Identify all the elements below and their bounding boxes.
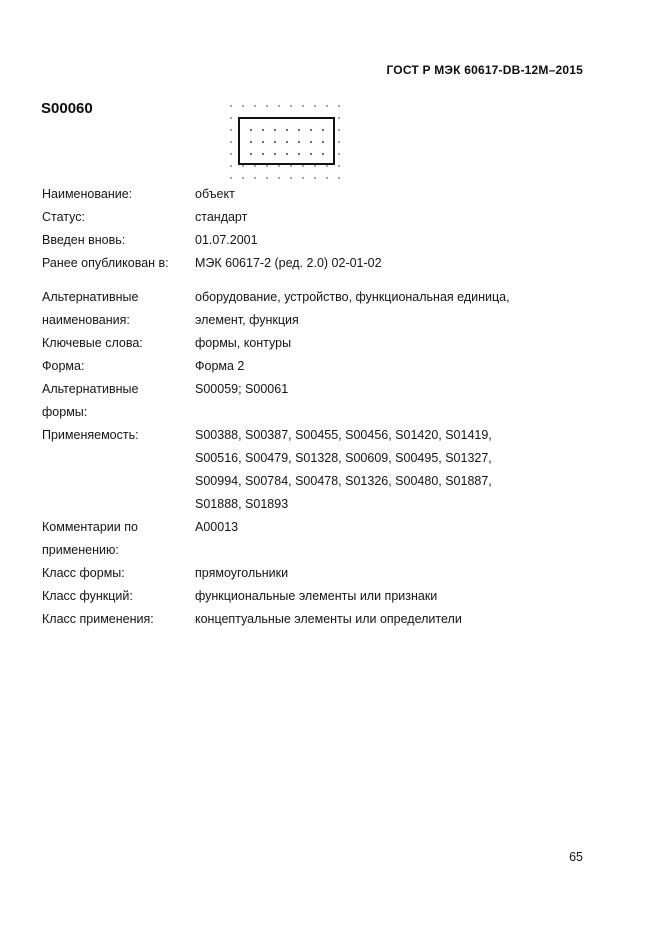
field-row-introduced: Введен вновь: 01.07.2001 [42,229,582,252]
field-row-form: Форма: Форма 2 [42,355,582,378]
field-row-previously-published: Ранее опубликован в: МЭК 60617-2 (ред. 2… [42,252,582,275]
field-label: Форма: [42,355,195,378]
field-row-application-comments: Комментарии по применению: A00013 [42,516,582,562]
page-number: 65 [569,850,583,864]
rectangle-symbol [238,117,335,165]
field-row-name: Наименование: объект [42,183,582,206]
standard-reference-header: ГОСТ Р МЭК 60617-DB-12M–2015 [386,63,583,77]
field-value: функциональные элементы или признаки [195,585,582,608]
field-value: прямоугольники [195,562,582,585]
attributes-table: Наименование: объект Статус: стандарт Вв… [42,183,582,631]
field-value: оборудование, устройство, функциональная… [195,286,582,332]
field-value: 01.07.2001 [195,229,582,252]
field-label: Класс функций: [42,585,195,608]
field-label: Альтернативные наименования: [42,286,195,332]
field-label: Введен вновь: [42,229,195,252]
document-page: ГОСТ Р МЭК 60617-DB-12M–2015 S00060 Наим… [0,0,661,936]
field-row-function-class: Класс функций: функциональные элементы и… [42,585,582,608]
field-value: Форма 2 [195,355,582,378]
field-row-alternative-forms: Альтернативные формы: S00059; S00061 [42,378,582,424]
field-row-applicability: Применяемость: S00388, S00387, S00455, S… [42,424,582,516]
field-value: формы, контуры [195,332,582,355]
field-value: концептуальные элементы или определители [195,608,582,631]
field-label: Наименование: [42,183,195,206]
field-row-alternative-names: Альтернативные наименования: оборудовани… [42,286,582,332]
field-label: Ключевые слова: [42,332,195,355]
field-row-shape-class: Класс формы: прямоугольники [42,562,582,585]
field-label: Класс формы: [42,562,195,585]
field-value: S00059; S00061 [195,378,582,401]
field-label: Статус: [42,206,195,229]
field-value: A00013 [195,516,582,539]
field-value: МЭК 60617-2 (ред. 2.0) 02-01-02 [195,252,582,275]
field-value: объект [195,183,582,206]
field-label: Класс применения: [42,608,195,631]
field-label: Применяемость: [42,424,195,447]
field-value: S00388, S00387, S00455, S00456, S01420, … [195,424,582,516]
field-row-status: Статус: стандарт [42,206,582,229]
field-label: Комментарии по применению: [42,516,195,562]
field-label: Альтернативные формы: [42,378,195,424]
symbol-id-title: S00060 [41,100,93,117]
field-value: стандарт [195,206,582,229]
field-label: Ранее опубликован в: [42,252,195,275]
field-row-keywords: Ключевые слова: формы, контуры [42,332,582,355]
field-row-application-class: Класс применения: концептуальные элемент… [42,608,582,631]
symbol-figure [225,100,349,184]
